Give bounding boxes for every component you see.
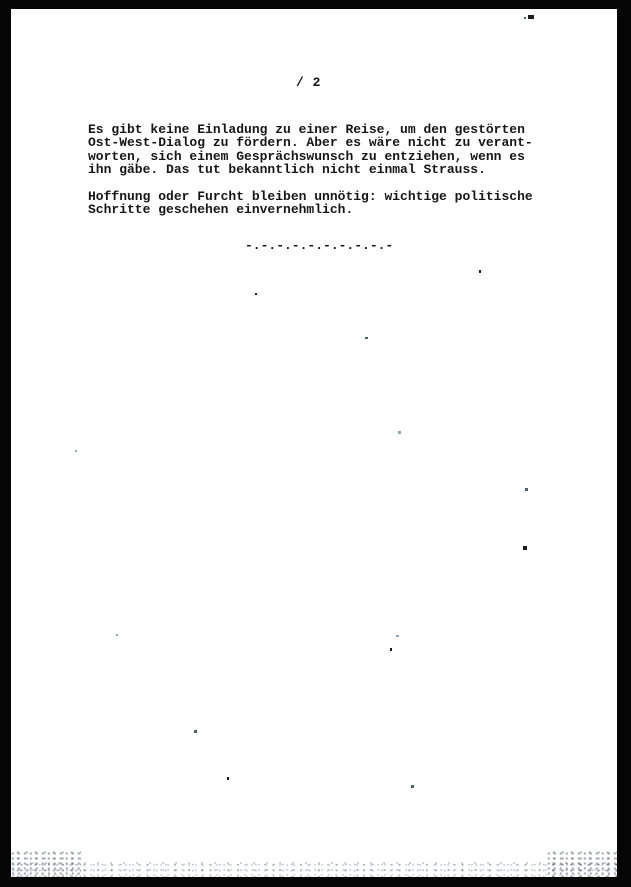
page-number: / 2 <box>296 75 321 90</box>
scan-speck <box>390 648 392 651</box>
scan-speck <box>411 785 414 788</box>
section-separator: -.-.-.-.-.-.-.-.-.- <box>245 238 393 253</box>
scanned-document: { "page": { "number_label": "/ 2", "para… <box>0 0 631 887</box>
scan-speck <box>525 488 528 491</box>
scan-speck <box>524 17 526 19</box>
scan-speck <box>479 270 481 273</box>
page: / 2 Es gibt keine Einladung zu einer Rei… <box>11 9 617 877</box>
paragraph-2: Hoffnung oder Furcht bleiben unnötig: wi… <box>88 190 533 217</box>
scan-speck <box>398 431 401 434</box>
scan-speck <box>227 777 229 780</box>
paragraph-1: Es gibt keine Einladung zu einer Reise, … <box>88 123 533 177</box>
scan-noise-corner <box>547 851 617 877</box>
scan-speck <box>194 730 197 733</box>
scan-speck <box>365 337 368 339</box>
scan-speck <box>116 634 118 636</box>
scan-noise-band <box>11 861 617 877</box>
scan-noise-corner <box>11 851 81 877</box>
scan-speck <box>75 450 77 452</box>
scan-speck <box>528 15 534 19</box>
scan-speck <box>255 293 257 295</box>
scan-speck <box>396 635 399 637</box>
scan-speck <box>523 546 527 550</box>
